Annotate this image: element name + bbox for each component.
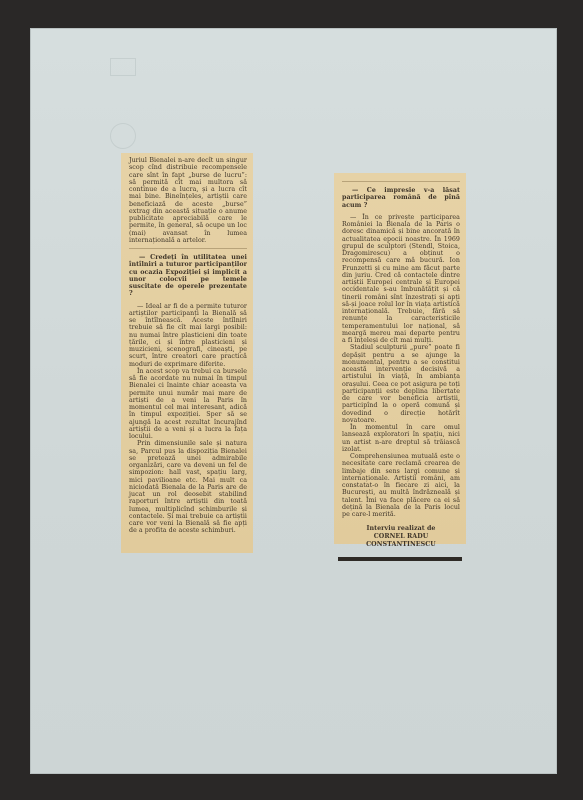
byline-line1: Interviu realizat de <box>342 525 460 533</box>
article-end-rule <box>338 557 462 561</box>
faint-ghost-mark <box>110 123 136 149</box>
separator-line <box>129 248 247 249</box>
separator-line <box>342 181 460 182</box>
newspaper-clipping-left: Juriul Bienalei n-are decît un singur sc… <box>121 153 253 553</box>
article-paragraph: — În ce privește participarea României l… <box>342 214 460 345</box>
interview-question: — Credeți în utilitatea unei întîlniri a… <box>129 254 247 298</box>
mounting-sheet <box>30 28 557 774</box>
newspaper-clipping-right: — Ce impresie v-a lăsat participarea rom… <box>334 173 466 544</box>
article-paragraph: Prin dimensiunile sale și natura sa, Par… <box>129 440 247 534</box>
article-paragraph: Comprehensiunea mutuală este o necesitat… <box>342 453 460 518</box>
byline-line2: CORNEL RADU <box>342 533 460 541</box>
article-paragraph: În acest scop va trebui ca bursele să fi… <box>129 368 247 441</box>
faint-ghost-mark <box>110 58 136 76</box>
article-paragraph: Stadiul sculpturii „pure” poate fi depăș… <box>342 344 460 424</box>
article-paragraph: — Ideal ar fi de a permite tuturor artiș… <box>129 303 247 368</box>
interview-question: — Ce impresie v-a lăsat participarea rom… <box>342 187 460 209</box>
article-paragraph: Juriul Bienalei n-are decît un singur sc… <box>129 157 247 244</box>
article-paragraph: În momentul în care omul lansează explor… <box>342 424 460 453</box>
byline: Interviu realizat deCORNEL RADUCONSTANTI… <box>342 525 460 548</box>
byline-line3: CONSTANTINESCU <box>342 541 460 549</box>
